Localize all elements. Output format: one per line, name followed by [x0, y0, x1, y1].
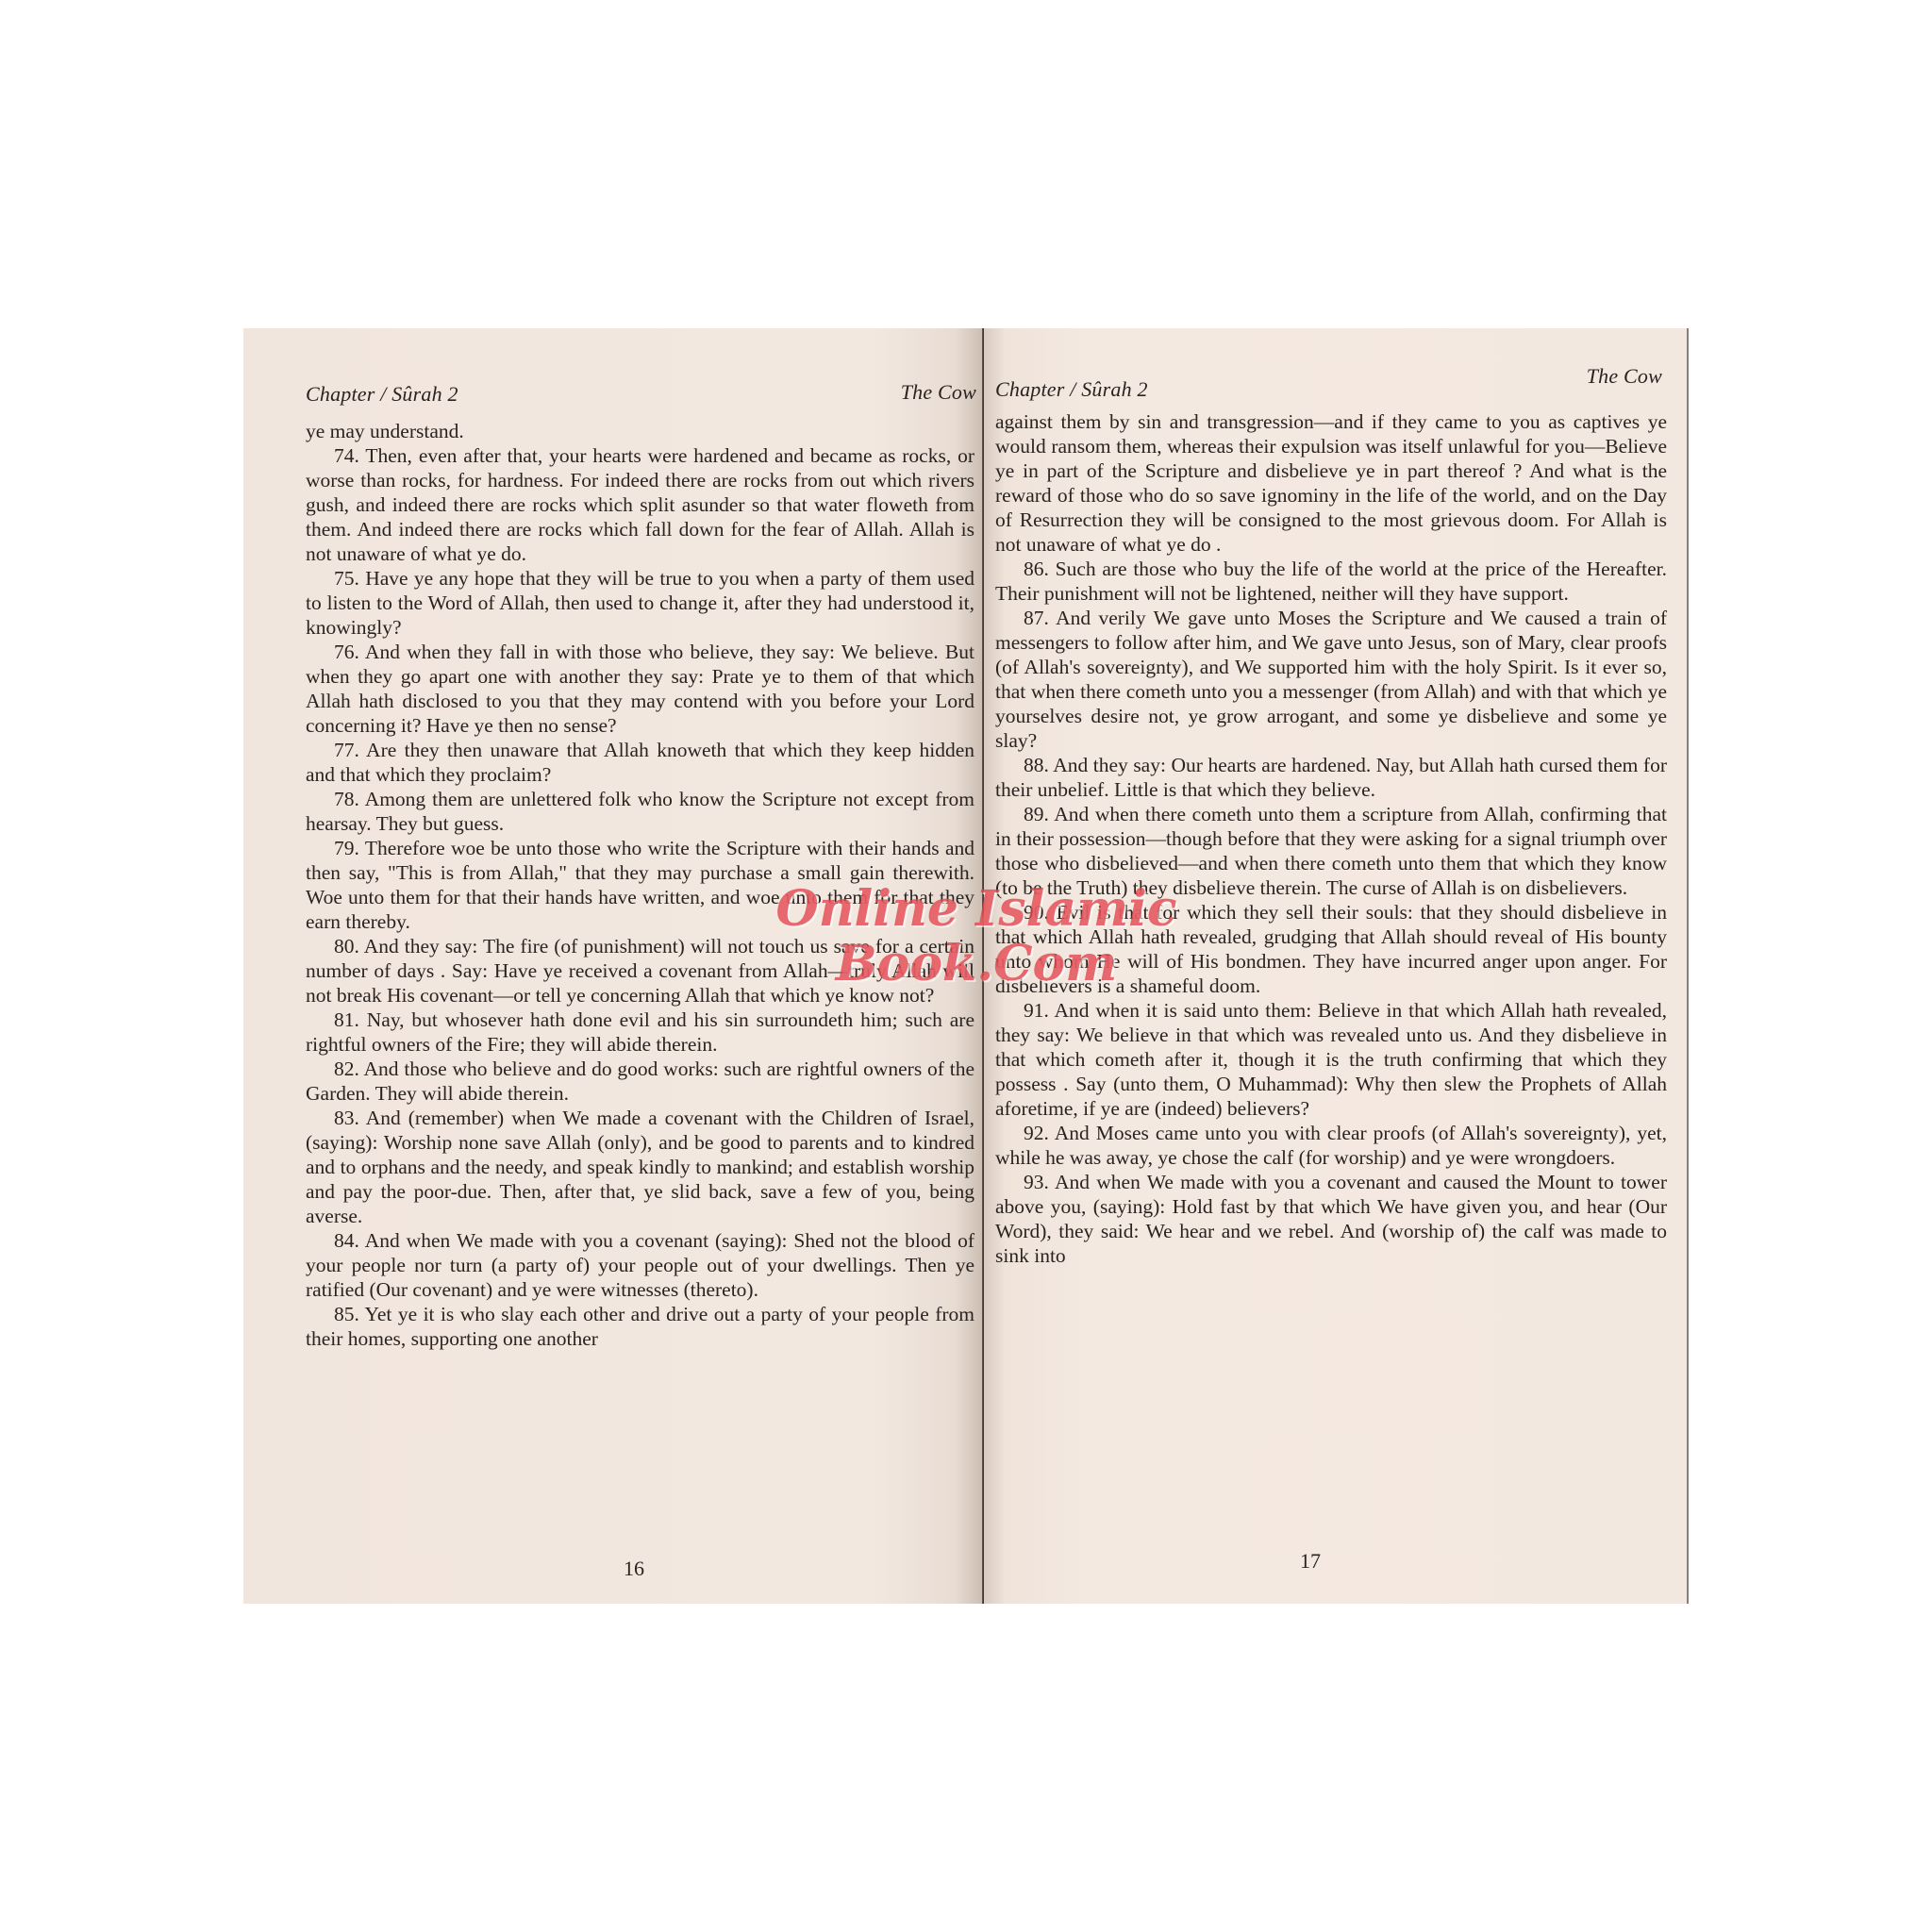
page-edge — [1687, 328, 1689, 1604]
verse-85: 85. Yet ye it is who slay each other and… — [306, 1302, 974, 1351]
page-number: 17 — [1300, 1549, 1321, 1574]
left-page-text: ye may understand. 74. Then, even after … — [306, 419, 974, 1351]
surah-title-header: The Cow — [901, 380, 976, 405]
verse-77: 77. Are they then unaware that Allah kno… — [306, 738, 974, 787]
verse-86: 86. Such are those who buy the life of t… — [995, 557, 1667, 606]
verse-79: 79. Therefore woe be unto those who writ… — [306, 836, 974, 934]
page-number: 16 — [624, 1557, 644, 1581]
verse-90: 90. Evil is that for which they sell the… — [995, 900, 1667, 998]
verse-93: 93. And when We made with you a covenant… — [995, 1170, 1667, 1268]
left-page: Chapter / Sûrah 2 The Cow ye may underst… — [243, 328, 984, 1604]
verse-82: 82. And those who believe and do good wo… — [306, 1057, 974, 1106]
verse-89: 89. And when there cometh unto them a sc… — [995, 802, 1667, 900]
verse-84: 84. And when We made with you a covenant… — [306, 1228, 974, 1302]
verse-78: 78. Among them are unlettered folk who k… — [306, 787, 974, 836]
right-page: Chapter / Sûrah 2 The Cow against them b… — [984, 328, 1689, 1604]
book-spread: Chapter / Sûrah 2 The Cow ye may underst… — [243, 328, 1689, 1604]
surah-title-header: The Cow — [1587, 364, 1662, 389]
continuation-paragraph: ye may understand. — [306, 419, 974, 443]
verse-92: 92. And Moses came unto you with clear p… — [995, 1121, 1667, 1170]
verse-83: 83. And (remember) when We made a covena… — [306, 1106, 974, 1228]
verse-88: 88. And they say: Our hearts are hardene… — [995, 753, 1667, 802]
verse-80: 80. And they say: The fire (of punishmen… — [306, 934, 974, 1008]
chapter-header: Chapter / Sûrah 2 — [306, 382, 458, 407]
verse-75: 75. Have ye any hope that they will be t… — [306, 566, 974, 640]
continuation-paragraph: against them by sin and transgression—an… — [995, 409, 1667, 557]
verse-87: 87. And verily We gave unto Moses the Sc… — [995, 606, 1667, 753]
verse-91: 91. And when it is said unto them: Belie… — [995, 998, 1667, 1121]
verse-81: 81. Nay, but whosever hath done evil and… — [306, 1008, 974, 1057]
right-page-text: against them by sin and transgression—an… — [995, 409, 1667, 1268]
verse-76: 76. And when they fall in with those who… — [306, 640, 974, 738]
verse-74: 74. Then, even after that, your hearts w… — [306, 443, 974, 566]
chapter-header: Chapter / Sûrah 2 — [995, 377, 1148, 402]
